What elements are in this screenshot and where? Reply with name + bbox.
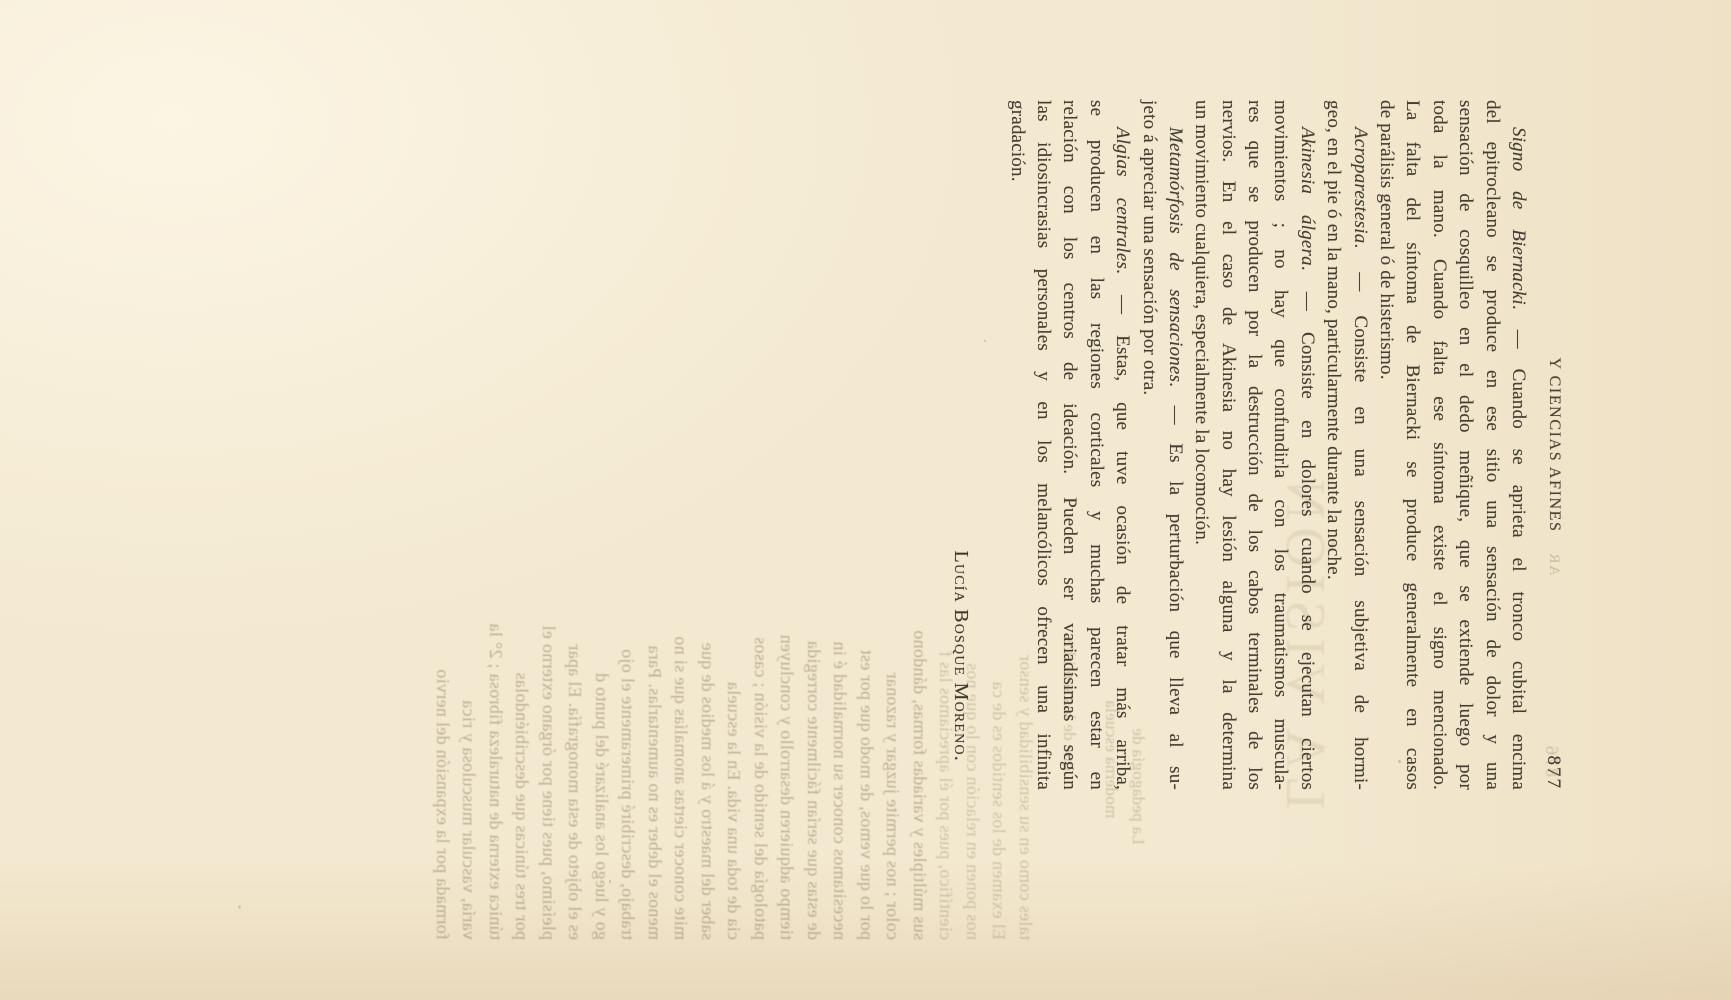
bleedthrough-header-fragment: AR <box>1545 552 1562 576</box>
text-line: toda la mano. Cuando falta ese síntoma e… <box>1425 100 1451 790</box>
text-line: se producen en las regiones corticales y… <box>1082 100 1108 790</box>
text-line: relación con los centros de ideación. Pu… <box>1056 100 1082 790</box>
text-line: Metamórfosis de sensaciones. — Es la per… <box>1162 100 1188 790</box>
text-line: las idiosincrasias personales y en los m… <box>1030 100 1056 790</box>
text-line: res que se producen por la destrucción d… <box>1241 100 1267 790</box>
italic-term: Acroparestesia <box>1350 127 1371 243</box>
running-title: Y CIENCIAS AFINES <box>1545 100 1563 790</box>
author-signature: Lucía Bosque Moreno. <box>948 100 974 762</box>
text-line: nervios. En el caso de Akinesia no hay l… <box>1214 100 1240 790</box>
scanned-book-photo: LA VISIÓN tales como en su sensibilidad … <box>0 0 1731 1000</box>
text-line: geo, en el pie ó en la mano, particularm… <box>1320 100 1346 790</box>
text-line: Acroparestesia. — Consiste en una sensac… <box>1346 100 1372 790</box>
text-line: jeto á apreciar una sensación por otra. <box>1135 100 1161 790</box>
page-number: 877 <box>1542 756 1564 791</box>
text-line: Algias centrales. — Estas, que tuve ocas… <box>1109 100 1135 790</box>
text-line: de parálisis general ó de histerismo. <box>1373 100 1399 790</box>
printed-text-layer: Y CIENCIAS AFINES 876 877 AR Signo de Bi… <box>0 0 1731 1000</box>
text-line: La falta del síntoma de Biernacki se pro… <box>1399 100 1425 790</box>
text-line: Akinesia álgera. — Consiste en dolores c… <box>1293 100 1319 790</box>
text-line: gradación. <box>1003 100 1029 790</box>
italic-term: Signo de Biernacki <box>1508 127 1529 305</box>
text-line: Signo de Biernacki. — Cuando se aprieta … <box>1505 100 1531 790</box>
text-line: del epitrocleano se produce en ese sitio… <box>1478 100 1504 790</box>
text-line: movimientos ; no hay que confundirla con… <box>1267 100 1293 790</box>
body-text-block: Signo de Biernacki. — Cuando se aprieta … <box>1003 100 1531 790</box>
scanned-page-rotated: LA VISIÓN tales como en su sensibilidad … <box>0 0 1731 1000</box>
italic-term: Algias centrales <box>1112 127 1133 269</box>
text-line: sensación de cosquilleo en el dedo meñiq… <box>1452 100 1478 790</box>
italic-term: Akinesia álgera <box>1297 127 1318 266</box>
text-line: un movimiento cualquiera, especialmente … <box>1188 100 1214 790</box>
page-header: Y CIENCIAS AFINES 876 877 AR <box>1539 100 1563 790</box>
italic-term: Metamórfosis de sensaciones <box>1165 127 1186 382</box>
